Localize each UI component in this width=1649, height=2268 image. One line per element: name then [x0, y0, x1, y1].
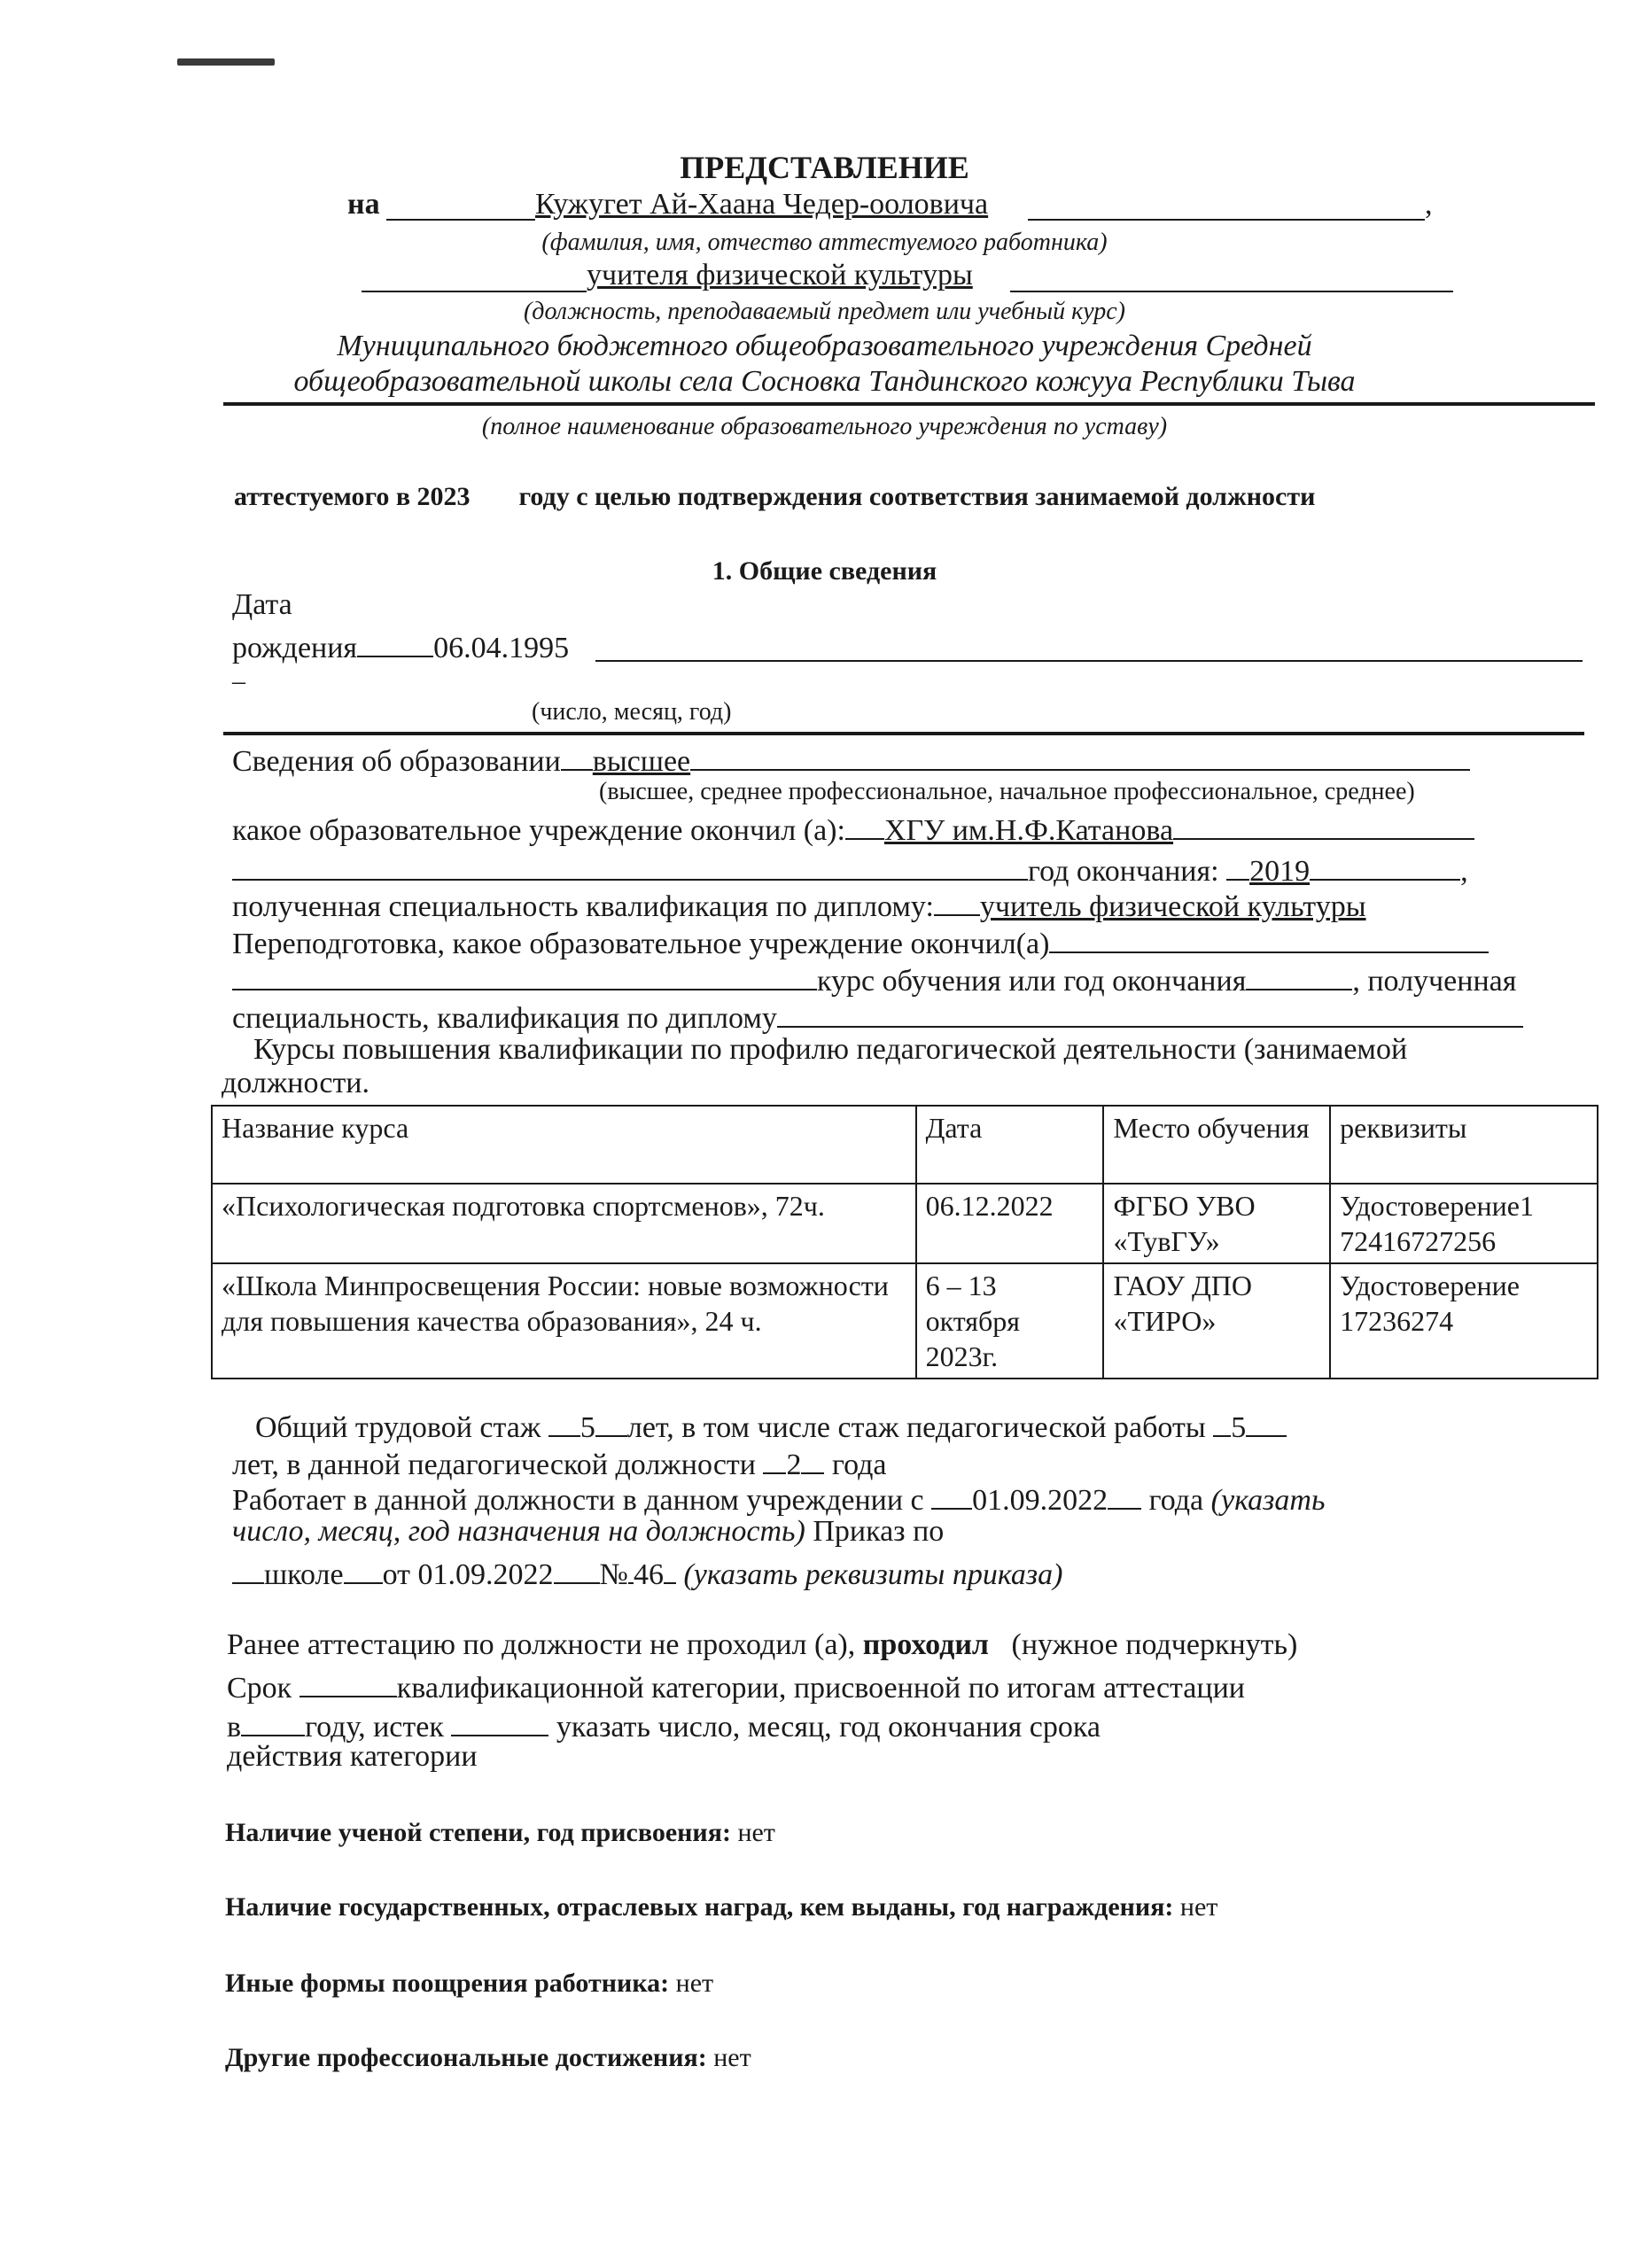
attestation-line: аттестуемого в 2023 году с целью подтвер…: [234, 482, 1315, 512]
rule: [223, 732, 1584, 735]
col-header-name: Название курса: [212, 1106, 916, 1184]
table-row: «Психологическая подготовка спортсменов»…: [212, 1184, 1598, 1263]
col-header-details: реквизиты: [1330, 1106, 1598, 1184]
retraining-specialty-label: специальность, квалификация по диплому: [232, 1002, 777, 1035]
attestation-suffix: году с целью подтверждения соответствия …: [519, 482, 1316, 511]
institution-line-1: Муниципального бюджетного общеобразовате…: [0, 330, 1649, 363]
order-row: школеот 01.09.2022№46 (указать реквизиты…: [232, 1552, 1062, 1592]
institution-row: какое образовательное учреждение окончил…: [232, 808, 1474, 848]
incentives-row: Иные формы поощрения работника: нет: [225, 1969, 713, 1999]
prefix-na: на: [347, 188, 380, 221]
order-number: 46: [634, 1558, 664, 1591]
col-header-date: Дата: [916, 1106, 1104, 1184]
education-hint: (высшее, среднее профессиональное, начал…: [599, 778, 1415, 806]
underline: [362, 291, 587, 292]
course-place: ГАОУ ДПО «ТИРО»: [1103, 1263, 1330, 1379]
institution-value: ХГУ им.Н.Ф.Катанова: [884, 814, 1173, 847]
works-since-date: 01.09.2022: [972, 1484, 1108, 1517]
term-row: Срок квалификационной категории, присвое…: [227, 1666, 1245, 1705]
comma: ,: [1425, 188, 1433, 221]
works-since-row: Работает в данной должности в данном учр…: [232, 1478, 1325, 1518]
grad-year-label: год окончания:: [1028, 855, 1219, 888]
retraining-row: Переподготовка, какое образовательное уч…: [232, 921, 1489, 961]
retraining-specialty-row: специальность, квалификация по диплому: [232, 996, 1523, 1036]
retraining-course-label: курс обучения или год окончания: [817, 965, 1246, 998]
scan-mark: [177, 58, 275, 66]
person-name: Кужугет Ай-Хаана Чедер-ооловича: [535, 188, 988, 221]
col-header-place: Место обучения: [1103, 1106, 1330, 1184]
courses-intro-1: Курсы повышения квалификации по профилю …: [253, 1033, 1407, 1067]
awards-row: Наличие государственных, отраслевых нагр…: [225, 1892, 1217, 1922]
experience-row-2: лет, в данной педагогической должности 2…: [232, 1442, 886, 1482]
section-heading: 1. Общие сведения: [0, 556, 1649, 586]
institution-label: какое образовательное учреждение окончил…: [232, 814, 845, 847]
specialty-row: полученная специальность квалификация по…: [232, 884, 1366, 924]
retraining-course-row: курс обучения или год окончания, получен…: [232, 959, 1516, 998]
birth-date: 06.04.1995: [433, 632, 569, 664]
total-experience: 5: [580, 1411, 595, 1444]
experience-row-1: Общий трудовой стаж 5лет, в том числе ст…: [255, 1405, 1287, 1445]
courses-intro-2: должности.: [222, 1067, 369, 1100]
birth-hint: (число, месяц, год): [532, 698, 731, 726]
ped-experience: 5: [1231, 1411, 1246, 1444]
expiry-hint-2: действия категории: [227, 1740, 478, 1774]
table-header-row: Название курса Дата Место обучения рекви…: [212, 1106, 1598, 1184]
birth-label-1: Дата: [232, 588, 292, 622]
rule: [223, 402, 1595, 406]
education-label: Сведения об образовании: [232, 745, 561, 778]
appointment-hint-row: число, месяц, год назначения на должност…: [232, 1515, 944, 1549]
course-details: Удостоверение 17236274: [1330, 1263, 1598, 1379]
position-hint: (должность, преподаваемый предмет или уч…: [0, 298, 1649, 326]
institution-line-2: общеобразовательной школы села Сосновка …: [0, 365, 1649, 399]
education-row: Сведения об образованиивысшее: [232, 739, 1470, 779]
specialty-label: полученная специальность квалификация по…: [232, 890, 934, 923]
position-experience: 2: [786, 1449, 801, 1481]
academic-degree-row: Наличие ученой степени, год присвоения: …: [225, 1818, 775, 1848]
birth-label-2: рождения06.04.1995: [232, 625, 569, 665]
education-value: высшее: [593, 745, 690, 778]
table-row: «Школа Минпросвещения России: новые возм…: [212, 1263, 1598, 1379]
order-date: 01.09.2022: [418, 1558, 554, 1591]
course-date: 06.12.2022: [916, 1184, 1104, 1263]
prior-attestation-row: Ранее аттестацию по должности не проходи…: [227, 1628, 1297, 1662]
document-title: ПРЕДСТАВЛЕНИЕ: [0, 149, 1649, 186]
underline: [1028, 219, 1425, 221]
achievements-row: Другие профессиональные достижения: нет: [225, 2043, 751, 2073]
position-value: учителя физической культуры: [587, 259, 973, 292]
course-details: Удостоверение1 72416727256: [1330, 1184, 1598, 1263]
expired-row: вгоду, истек указать число, месяц, год о…: [227, 1705, 1101, 1744]
course-name: «Психологическая подготовка спортсменов»…: [212, 1184, 916, 1263]
grad-year-value: 2019: [1249, 855, 1310, 888]
dash: –: [232, 666, 245, 696]
specialty-value: учитель физической культуры: [980, 890, 1366, 923]
person-hint: (фамилия, имя, отчество аттестуемого раб…: [0, 229, 1649, 257]
course-place: ФГБО УВО «ТувГУ»: [1103, 1184, 1330, 1263]
attestation-prefix: аттестуемого в: [234, 482, 410, 511]
underline: [386, 219, 535, 221]
underline: [1010, 291, 1453, 292]
course-name: «Школа Минпросвещения России: новые возм…: [212, 1263, 916, 1379]
course-date: 6 – 13 октября 2023г.: [916, 1263, 1104, 1379]
institution-hint: (полное наименование образовательного уч…: [0, 413, 1649, 441]
retraining-label: Переподготовка, какое образовательное уч…: [232, 928, 1049, 960]
grad-year-row: год окончания: 2019,: [232, 849, 1468, 889]
courses-table: Название курса Дата Место обучения рекви…: [211, 1105, 1598, 1379]
underline: [595, 660, 1583, 662]
attestation-year: 2023: [417, 482, 471, 511]
